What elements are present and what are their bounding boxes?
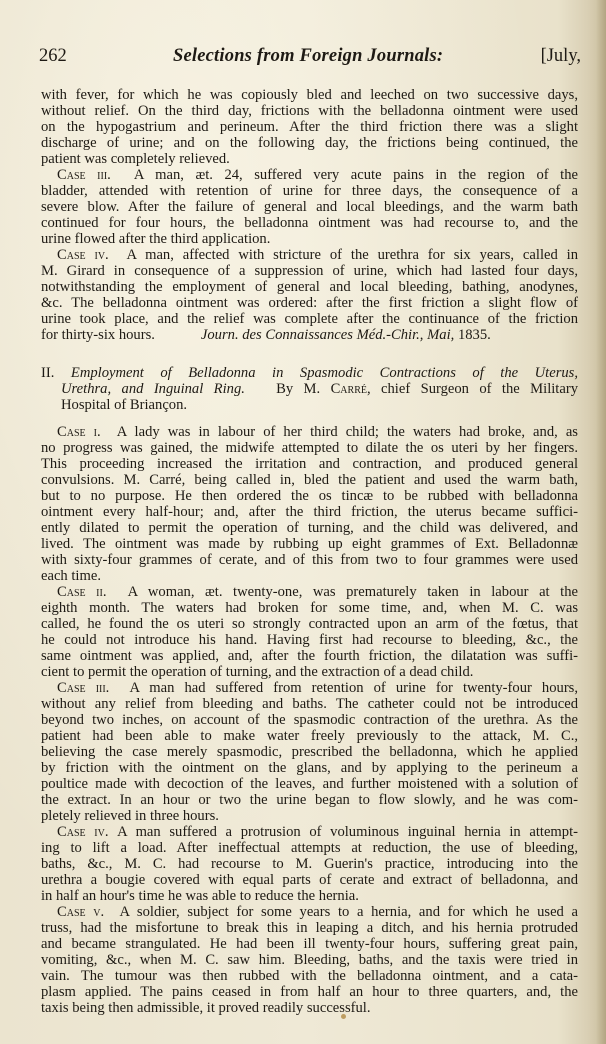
header-month: [July, <box>541 46 581 67</box>
case-label: Case ii. <box>57 584 107 600</box>
text-line: he could not introduce his hand. Having … <box>41 632 578 648</box>
text-line: poultice made with decoction of the leav… <box>41 776 578 792</box>
case-iii-first-line: Case iii. A man had suffered from retent… <box>57 680 578 696</box>
text-line: eighth month. The waters had broken for … <box>41 600 578 616</box>
journal-page: 262 Selections from Foreign Journals: [J… <box>0 0 606 1044</box>
text-line: continued for four hours, the belladonna… <box>41 215 578 231</box>
text-line: ently dilated to permit the operation of… <box>41 520 578 536</box>
citation-journal: Journ. des Connaissances Méd.-Chir., <box>201 327 424 343</box>
text-line: without any relief from bleeding and bat… <box>41 696 578 712</box>
case-iv-first-line: Case iv. A man, affected with stricture … <box>57 247 578 263</box>
page-number: 262 <box>39 46 67 67</box>
text-line: ointment every half-hour; and, after the… <box>41 504 578 520</box>
page-gutter-shadow <box>596 0 606 1044</box>
text-line: but to no purpose. He then ordered the o… <box>41 488 578 504</box>
text-line: truss, had the misfortune to break this … <box>41 920 578 936</box>
text-line: notwithstanding the employment of genera… <box>41 279 578 295</box>
text-line: severe blow. After the failure of genera… <box>41 199 578 215</box>
text-line: taxis being then admissible, it proved r… <box>41 1000 578 1016</box>
text-line: ing to lift a load. After ineffectual at… <box>41 840 578 856</box>
text-line: patient had been able to make water free… <box>41 728 578 744</box>
case-label: Case iii. <box>57 167 111 183</box>
article-heading-line-3: Hospital of Briançon. <box>61 397 578 413</box>
text-line: with sixty-four grammes of cerate, and o… <box>41 552 578 568</box>
article-numeral: II. <box>41 365 54 381</box>
text-line: with fever, for which he was copiously b… <box>41 87 578 103</box>
text-line: &c. The belladonna ointment was ordered:… <box>41 295 578 311</box>
text-line: in half an hour's time he was able to re… <box>41 888 578 904</box>
text-line: lived. The ointment was made by rubbing … <box>41 536 578 552</box>
article-author: Carré, <box>331 381 371 397</box>
text-line: plasm applied. The pains ceased in from … <box>41 984 578 1000</box>
ink-spot-ornament <box>341 1014 346 1019</box>
case-label: Case iv. <box>57 824 109 840</box>
text-line: the extract. In an hour or two the urine… <box>41 792 578 808</box>
case-ii-first-line: Case ii. A woman, æt. twenty-one, was pr… <box>57 584 578 600</box>
article-title: Employment of Belladonna in Spasmodic Co… <box>71 365 578 381</box>
text-line: vomiting, &c., when M. C. saw him. Bleed… <box>41 952 578 968</box>
case-iii-first-line: Case iii. A man, æt. 24, suffered very a… <box>57 167 578 183</box>
text-line: and became strangulated. He had been ill… <box>41 936 578 952</box>
text-line: M. Girard in consequence of a suppressio… <box>41 263 578 279</box>
text-line: no progress was gained, the midwife atte… <box>41 440 578 456</box>
page-header: 262 Selections from Foreign Journals: [J… <box>37 46 583 70</box>
text-line: patient was completely relieved. <box>41 151 578 167</box>
text-line: by friction with the ointment on the gla… <box>41 760 578 776</box>
text-line: bladder, attended with retention of urin… <box>41 183 578 199</box>
citation-month: Mai, <box>427 327 454 343</box>
text-line: urine took place, and the relief was com… <box>41 311 578 327</box>
text-line: discharge of urine; and on the following… <box>41 135 578 151</box>
article-heading-line-1: II. Employment of Belladonna in Spasmodi… <box>41 365 578 381</box>
case-label: Case iv. <box>57 247 109 263</box>
text-line: on the hypogastrium and perineum. After … <box>41 119 578 135</box>
text-line: believing the case merely spasmodic, pre… <box>41 744 578 760</box>
case-label: Case i. <box>57 424 101 440</box>
text-line: convulsions. M. Carré, being called in, … <box>41 472 578 488</box>
text-line: urethra a bougie covered with equal part… <box>41 872 578 888</box>
article-heading-line-2: Urethra, and Inguinal Ring. By M. Carré,… <box>61 381 578 397</box>
case-i-first-line: Case i. A lady was in labour of her thir… <box>57 424 578 440</box>
citation-line: for thirty-six hours.Journ. des Connaiss… <box>41 327 578 343</box>
text-line: cient to permit the operation of turning… <box>41 664 578 680</box>
text-line: called, he found the os uteri so strongl… <box>41 616 578 632</box>
text-line: urine flowed after the third application… <box>41 231 578 247</box>
case-label: Case iii. <box>57 680 109 696</box>
case-label: Case v. <box>57 904 104 920</box>
case-v-first-line: Case v. A soldier, subject for some year… <box>57 904 578 920</box>
text-line: without relief. On the third day, fricti… <box>41 103 578 119</box>
text-line: baths, &c., M. C. had recourse to M. Gue… <box>41 856 578 872</box>
text-line: each time. <box>41 568 578 584</box>
text-line: same ointment was applied, and, after th… <box>41 648 578 664</box>
text-line: pletely relieved in three hours. <box>41 808 578 824</box>
text-line: vain. The tumour was then rubbed with th… <box>41 968 578 984</box>
text-line: This proceeding increased the irritation… <box>41 456 578 472</box>
text-line: beyond two inches, on account of the spa… <box>41 712 578 728</box>
citation-year: 1835. <box>458 327 491 343</box>
running-title: Selections from Foreign Journals: <box>173 46 443 67</box>
case-iv-first-line: Case iv. A man suffered a protrusion of … <box>57 824 578 840</box>
